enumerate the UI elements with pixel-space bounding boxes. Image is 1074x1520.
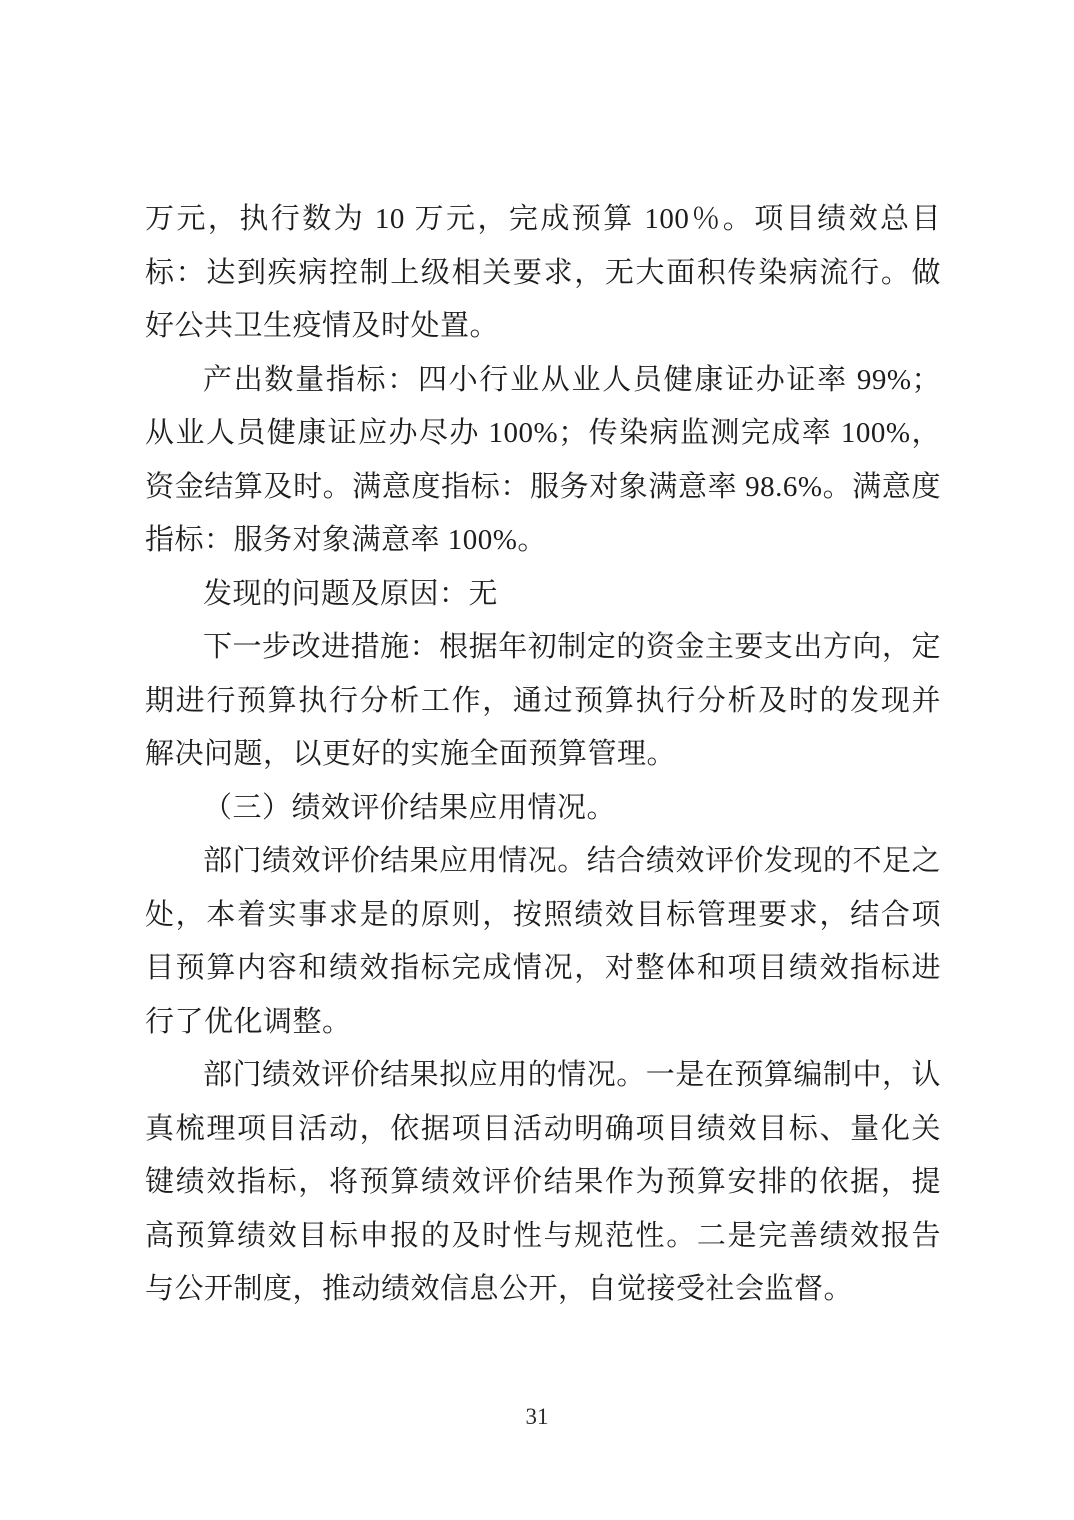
page-number: 31 bbox=[526, 1404, 549, 1429]
page-footer: 31 bbox=[0, 1402, 1074, 1432]
document-body: 万元，执行数为 10 万元，完成预算 100％。项目绩效总目标：达到疾病控制上级… bbox=[145, 193, 941, 1317]
paragraph-budget-completion: 万元，执行数为 10 万元，完成预算 100％。项目绩效总目标：达到疾病控制上级… bbox=[145, 193, 941, 354]
paragraph-problems-found: 发现的问题及原因：无 bbox=[145, 568, 941, 622]
document-page: 万元，执行数为 10 万元，完成预算 100％。项目绩效总目标：达到疾病控制上级… bbox=[0, 0, 1074, 1520]
paragraph-results-applied: 部门绩效评价结果应用情况。结合绩效评价发现的不足之处，本着实事求是的原则，按照绩… bbox=[145, 835, 941, 1049]
paragraph-next-steps: 下一步改进措施：根据年初制定的资金主要支出方向，定期进行预算执行分析工作，通过预… bbox=[145, 621, 941, 782]
paragraph-output-indicators: 产出数量指标：四小行业从业人员健康证办证率 99%；从业人员健康证应办尽办 10… bbox=[145, 354, 941, 568]
section-heading-results-application: （三）绩效评价结果应用情况。 bbox=[145, 782, 941, 836]
paragraph-results-to-be-applied: 部门绩效评价结果拟应用的情况。一是在预算编制中，认真梳理项目活动，依据项目活动明… bbox=[145, 1049, 941, 1317]
